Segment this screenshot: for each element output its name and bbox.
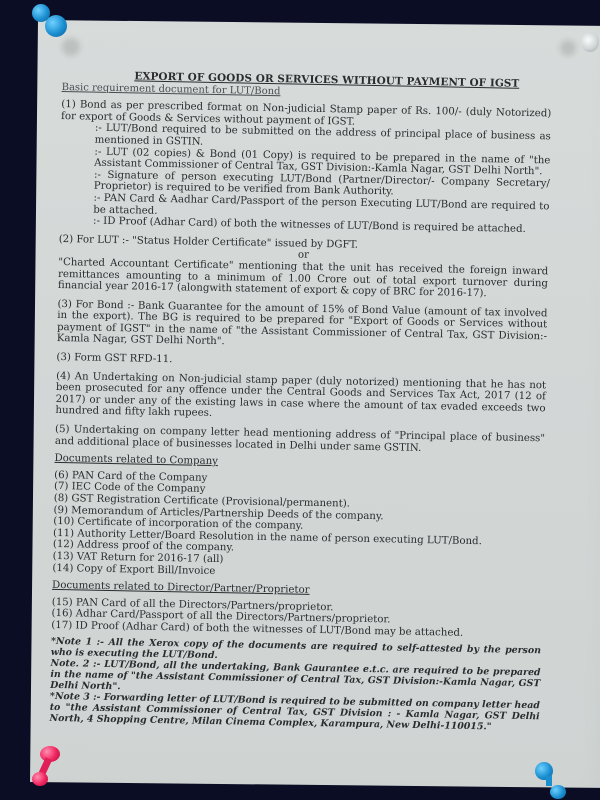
document-body: EXPORT OF GOODS OR SERVICES WITHOUT PAYM… xyxy=(49,70,551,733)
pin-shadow xyxy=(62,38,80,56)
item-3-bond: (3) For Bond :- Bank Guarantee for the a… xyxy=(57,299,548,355)
pushpin-pink-base xyxy=(32,772,48,786)
pushpin-clear-top-right-icon xyxy=(581,32,599,52)
pushpin-blue-top-left-icon xyxy=(45,15,67,37)
pushpin-blue-base xyxy=(550,785,566,799)
item-4: (4) An Undertaking on Non-judicial stamp… xyxy=(55,371,546,427)
pushpin-stem xyxy=(546,776,552,786)
pin-shadow xyxy=(560,40,576,56)
